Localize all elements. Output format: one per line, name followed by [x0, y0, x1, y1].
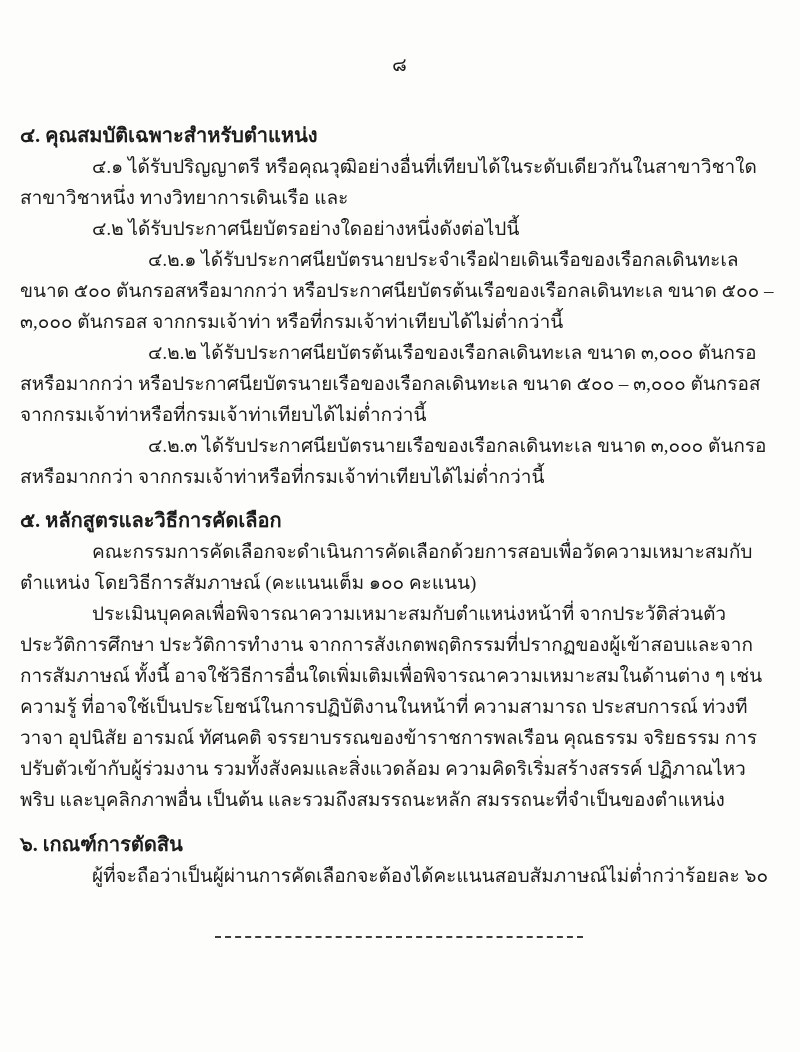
paragraph-5-2: ประเมินบุคคลเพื่อพิจารณาความเหมาะสมกับตำ…	[20, 599, 778, 816]
page-number: ๘	[0, 0, 800, 80]
document-body: ๔. คุณสมบัติเฉพาะสำหรับตำแหน่ง ๔.๑ ได้รั…	[0, 121, 800, 938]
section-heading-qualifications: ๔. คุณสมบัติเฉพาะสำหรับตำแหน่ง	[20, 121, 778, 152]
paragraph-4-2-2: ๔.๒.๒ ได้รับประกาศนียบัตรต้นเรือของเรือก…	[20, 338, 778, 431]
section-heading-selection-method: ๕. หลักสูตรและวิธีการคัดเลือก	[20, 506, 778, 537]
section-heading-decision-criteria: ๖. เกณฑ์การตัดสิน	[20, 830, 778, 861]
paragraph-4-2-1: ๔.๒.๑ ได้รับประกาศนียบัตรนายประจำเรือฝ่า…	[20, 245, 778, 338]
paragraph-5-1: คณะกรรมการคัดเลือกจะดำเนินการคัดเลือกด้ว…	[20, 537, 778, 599]
paragraph-4-2-3: ๔.๒.๓ ได้รับประกาศนียบัตรนายเรือของเรือก…	[20, 431, 778, 493]
dashed-divider-line	[215, 936, 583, 938]
paragraph-6-1: ผู้ที่จะถือว่าเป็นผู้ผ่านการคัดเลือกจะต้…	[20, 861, 778, 892]
scanned-document-page: ๘ ๔. คุณสมบัติเฉพาะสำหรับตำแหน่ง ๔.๑ ได้…	[0, 0, 800, 1052]
paragraph-4-2: ๔.๒ ได้รับประกาศนียบัตรอย่างใดอย่างหนึ่ง…	[20, 214, 778, 245]
paragraph-4-1: ๔.๑ ได้รับปริญญาตรี หรือคุณวุฒิอย่างอื่น…	[20, 152, 778, 214]
